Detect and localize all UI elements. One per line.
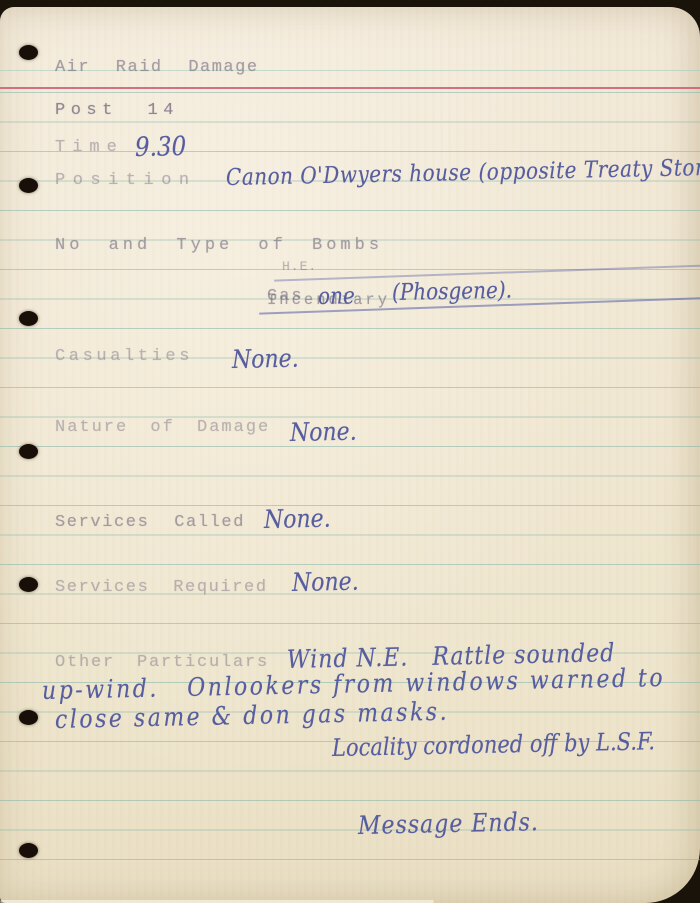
punch-hole — [19, 843, 38, 858]
punch-hole — [19, 577, 38, 592]
services-called-label: Services Called — [55, 513, 245, 533]
nature-of-damage-label: Nature of Damage — [55, 418, 270, 438]
bombs-note: (Phosgene). — [392, 276, 513, 306]
punch-hole — [19, 444, 38, 459]
bombs-struck-he: H.E. — [282, 257, 700, 277]
notebook-page: Air Raid Damage Post 14 Time 9.30 Positi… — [0, 7, 700, 903]
red-margin-line — [0, 87, 700, 89]
casualties-label: Casualties — [55, 347, 193, 367]
services-required-label: Services Required — [55, 578, 268, 598]
nature-of-damage-value: None. — [290, 418, 357, 448]
punch-hole — [19, 710, 38, 725]
time-value: 9.30 — [135, 132, 187, 163]
bombs-typed-value: Gas — [267, 287, 304, 307]
punch-hole — [19, 178, 38, 193]
time-label: Time — [55, 138, 124, 158]
bombs-label: No and Type of Bombs — [55, 236, 383, 256]
services-required-value: None. — [292, 568, 359, 598]
services-called-value: None. — [264, 505, 331, 535]
report-title: Air Raid Damage — [55, 58, 259, 78]
post-line: Post 14 — [55, 101, 179, 121]
bombs-hand-value: one — [318, 281, 355, 309]
message-ends: Message Ends. — [358, 808, 539, 841]
punch-hole — [19, 311, 38, 326]
other-particulars-label: Other Particulars — [55, 653, 269, 673]
casualties-value: None. — [232, 345, 299, 375]
position-label: Position — [55, 171, 197, 191]
punch-hole — [19, 45, 38, 60]
